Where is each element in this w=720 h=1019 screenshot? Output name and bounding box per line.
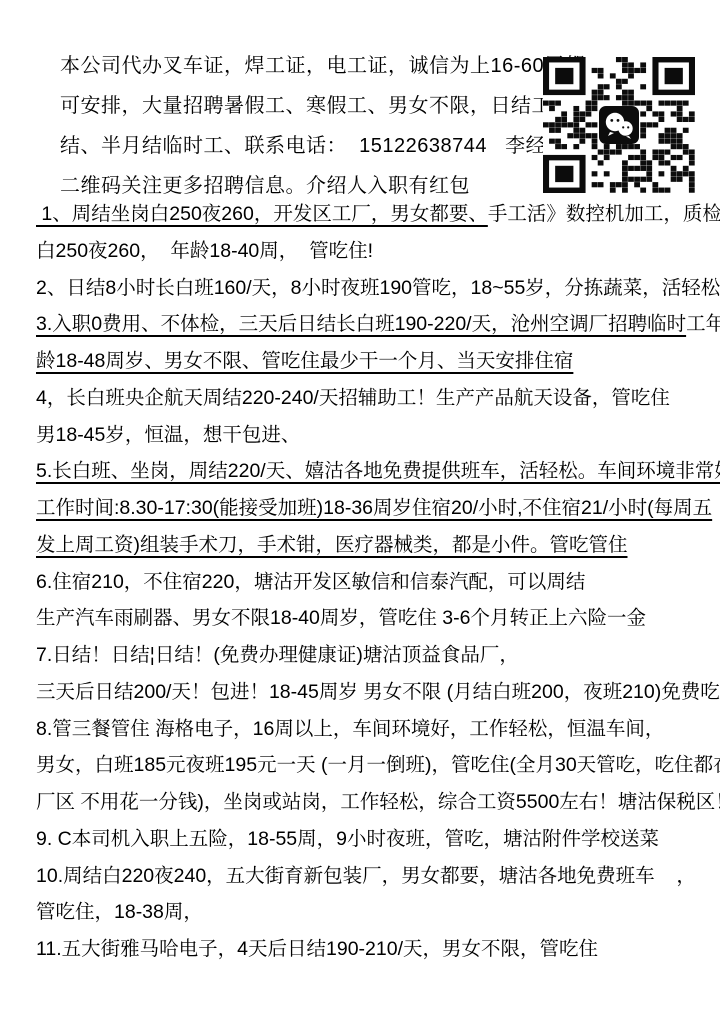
header-line: 本公司代办叉车证，焊工证，电工证，诚信为上16-60周都 <box>60 46 552 86</box>
job-line: 11.五大街雅马哈电子，4天后日结190-210/天，男女不限，管吃住 <box>36 931 708 968</box>
job-list: 1、周结坐岗白250夜260，开发区工厂，男女都要、手工活》数控机加工，质检员，… <box>36 196 708 968</box>
job-item-6: 6.住宿210，不住宿220，塘沽开发区敏信和信泰汽配，可以周结 生产汽车雨刷器… <box>36 564 708 638</box>
job-line: 6.住宿210，不住宿220，塘沽开发区敏信和信泰汽配，可以周结 <box>36 564 708 601</box>
job-line: 生产汽车雨刷器、男女不限18-40周岁，管吃住 3-6个月转正上六险一金 <box>36 600 708 637</box>
job-line: 发上周工资)组装手术刀，手术钳，医疗器械类，都是小件。管吃管住 <box>36 527 708 564</box>
job-line: 男18-45岁，恒温，想干包进、 <box>36 417 708 454</box>
wechat-logo-icon <box>598 105 640 145</box>
job-item-3: 3.入职0费用、不体检，三天后日结长白班190-220/天，沧州空调厂招聘临时工… <box>36 306 708 380</box>
job-line: 厂区 不用花一分钱)，坐岗或站岗，工作轻松，综合工资5500左右！塘沽保税区！ <box>36 784 708 821</box>
job-line: 8.管三餐管住 海格电子，16周以上，车间环境好，工作轻松，恒温车间， <box>36 711 708 748</box>
job-line: 10.周结白220夜240，五大街育新包装厂，男女都要，塘沽各地免费班车 ， <box>36 858 708 895</box>
job-line: 工作时间:8.30-17:30(能接受加班)18-36周岁住宿20/小时,不住宿… <box>36 490 708 527</box>
job-line: 2、日结8小时长白班160/天，8小时夜班190管吃，18~55岁，分拣蔬菜，活… <box>36 270 708 307</box>
job-item-7: 7.日结！日结¦日结！(免费办理健康证)塘沽顶益食品厂， 三天后日结200/天！… <box>36 637 708 711</box>
job-line: 3.入职0费用、不体检，三天后日结长白班190-220/天，沧州空调厂招聘临时工… <box>36 306 708 343</box>
job-item-9: 9. C本司机入职上五险，18-55周，9小时夜班，管吃，塘沽附件学校送菜 <box>36 821 708 858</box>
header-paragraph: 本公司代办叉车证，焊工证，电工证，诚信为上16-60周都 可安排，大量招聘暑假工… <box>60 46 552 206</box>
job-line: 4，长白班央企航天周结220-240/天招辅助工！生产产品航天设备，管吃住 <box>36 380 708 417</box>
job-line: 5.长白班、坐岗，周结220/天、嬉沽各地免费提供班车，活轻松。车间环境非常好 <box>36 453 708 490</box>
job-item-2: 2、日结8小时长白班160/天，8小时夜班190管吃，18~55岁，分拣蔬菜，活… <box>36 270 708 307</box>
job-item-10: 10.周结白220夜240，五大街育新包装厂，男女都要，塘沽各地免费班车 ， 管… <box>36 858 708 932</box>
wechat-qr-code <box>543 57 695 193</box>
job-line: 管吃住，18-38周， <box>36 894 708 931</box>
job-line: 三天后日结200/天！包进！18-45周岁 男女不限 (月结白班200，夜班21… <box>36 674 708 711</box>
job-line: 7.日结！日结¦日结！(免费办理健康证)塘沽顶益食品厂， <box>36 637 708 674</box>
header-line: 可安排，大量招聘暑假工、寒假工、男女不限，日结工、周 <box>60 86 552 126</box>
job-item-11: 11.五大街雅马哈电子，4天后日结190-210/天，男女不限，管吃住 <box>36 931 708 968</box>
job-item-5: 5.长白班、坐岗，周结220/天、嬉沽各地免费提供班车，活轻松。车间环境非常好 … <box>36 453 708 563</box>
job-item-1: 1、周结坐岗白250夜260，开发区工厂，男女都要、手工活》数控机加工，质检员，… <box>36 196 708 270</box>
job-line: 白250夜260， 年龄18-40周， 管吃住! <box>36 233 708 270</box>
header-line-phone: 结、半月结临时工、联系电话： 15122638744 李经理扫描 <box>60 126 552 166</box>
job-item-8: 8.管三餐管住 海格电子，16周以上，车间环境好，工作轻松，恒温车间， 男女，白… <box>36 711 708 821</box>
job-line: 1、周结坐岗白250夜260，开发区工厂，男女都要、手工活》数控机加工，质检员，… <box>36 196 708 233</box>
job-line: 男女，白班185元夜班195元一天 (一月一倒班)，管吃住(全月30天管吃，吃住… <box>36 747 708 784</box>
job-item-4: 4，长白班央企航天周结220-240/天招辅助工！生产产品航天设备，管吃住 男1… <box>36 380 708 454</box>
job-line: 龄18-48周岁、男女不限、管吃住最少干一个月、当天安排住宿 <box>36 343 708 380</box>
job-line: 9. C本司机入职上五险，18-55周，9小时夜班，管吃，塘沽附件学校送菜 <box>36 821 708 858</box>
